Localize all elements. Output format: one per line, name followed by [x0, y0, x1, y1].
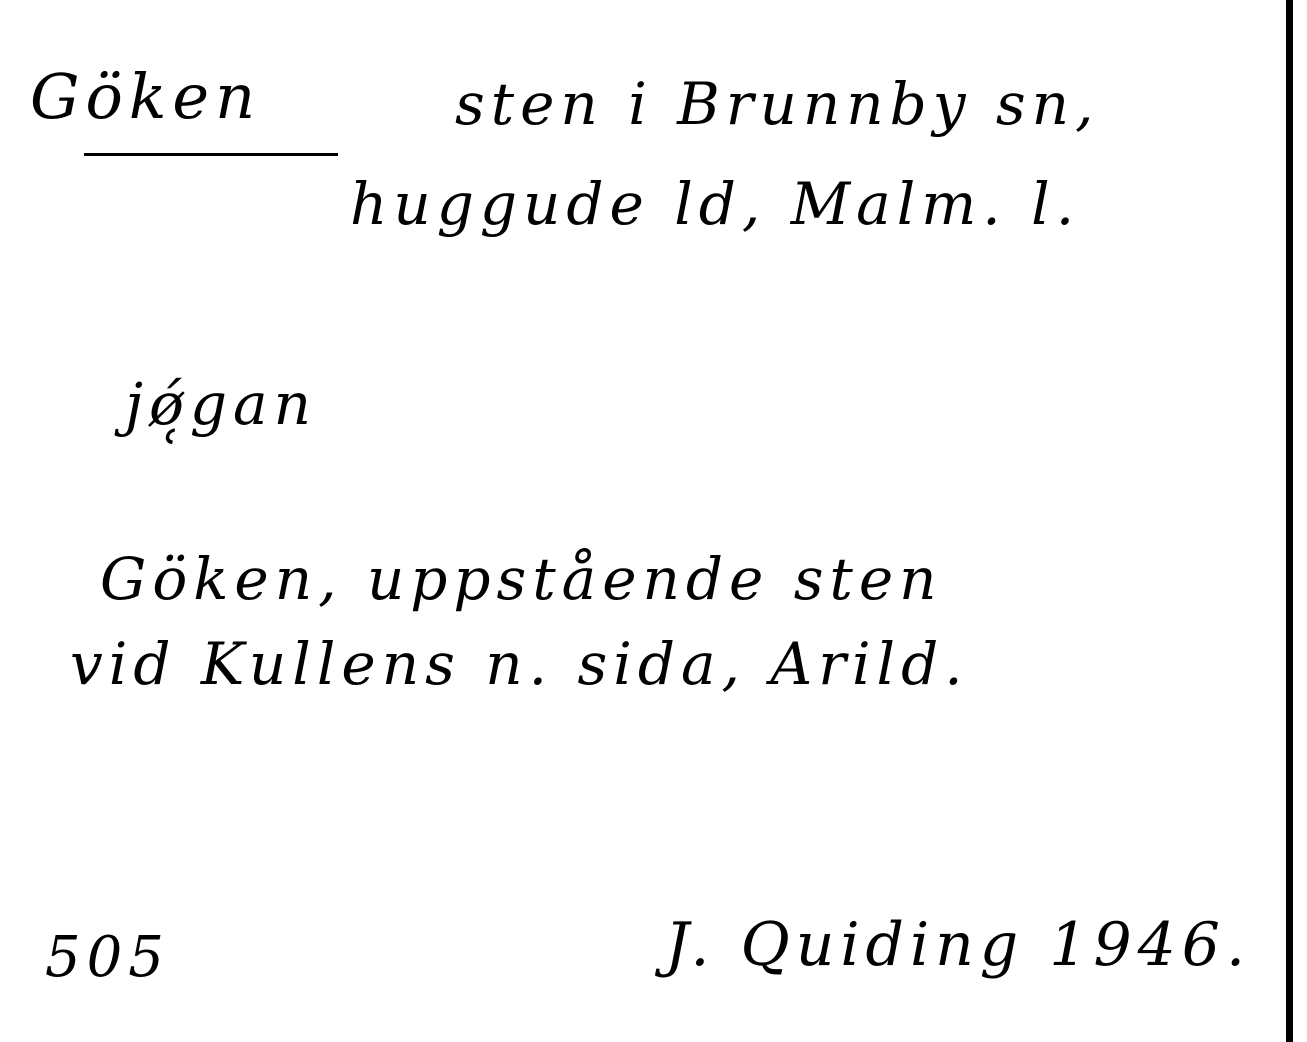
- signature: J. Quiding 1946.: [665, 910, 1251, 980]
- card-number: 505: [45, 925, 170, 990]
- scan-edge-border: [1286, 0, 1293, 1042]
- entry-1-line-2: huggude ld, Malm. l.: [350, 170, 1080, 238]
- entry-2-line-2: vid Kullens n. sida, Arild.: [70, 630, 969, 698]
- pronunciation: jǿ̜gan: [125, 370, 317, 438]
- entry-2-line-1: Göken, uppstående sten: [100, 545, 943, 613]
- headword: Göken: [30, 60, 261, 133]
- entry-1-line-1: sten i Brunnby sn,: [455, 70, 1099, 138]
- headword-underline: [84, 153, 338, 156]
